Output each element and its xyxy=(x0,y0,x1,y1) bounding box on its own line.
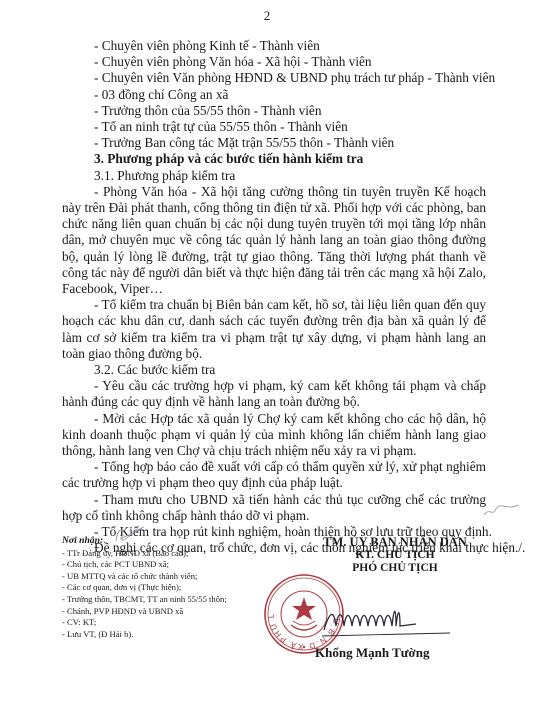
paragraph-text: - Tổng hợp báo cáo đề xuất với cấp có th… xyxy=(62,459,486,490)
handwritten-signature-icon xyxy=(320,600,460,640)
document-body: - Chuyên viên phòng Kinh tế - Thành viên… xyxy=(62,38,486,557)
member-item: - 03 đồng chí Công an xã xyxy=(62,87,486,103)
member-list: - Chuyên viên phòng Kinh tế - Thành viên… xyxy=(62,38,486,151)
member-item: - Trưởng thôn của 55/55 thôn - Thành viê… xyxy=(62,103,486,119)
member-item: - Chuyên viên Văn phòng HĐND & UBND phụ … xyxy=(62,70,486,86)
member-item: - Tổ an ninh trật tự của 55/55 thôn - Th… xyxy=(62,119,486,135)
paragraph: - Tham mưu cho UBND xã tiến hành các thủ… xyxy=(62,492,486,524)
initial-scribble-icon xyxy=(482,503,520,519)
signer-name: Khổng Mạnh Tường xyxy=(315,645,429,661)
paragraph-text: - Mời các Hợp tác xã quản lý Chợ ký cam … xyxy=(62,411,486,458)
member-item: - Chuyên viên phòng Văn hóa - Xã hội - T… xyxy=(62,54,486,70)
paragraph-text: - Tổ kiểm tra chuẩn bị Biên bản cam kết,… xyxy=(62,297,486,361)
signature-role: KT. CHỦ TỊCH xyxy=(280,549,510,562)
paragraph: - Mời các Hợp tác xã quản lý Chợ ký cam … xyxy=(62,411,486,460)
recipient-item: - Trưởng thôn, TBCMT, TT an ninh 55/55 t… xyxy=(62,594,227,606)
page-number: 2 xyxy=(0,8,534,24)
paragraph-text: - Phòng Văn hóa - Xã hội tăng cường thôn… xyxy=(62,184,486,296)
recipients-block: Nơi nhận: - TTr Đảng ủy, HĐND xã (Báo cá… xyxy=(62,535,227,640)
recipient-item: - Chủ tịch, các PCT UBND xã; xyxy=(62,559,227,571)
recipient-item: - Các cơ quan, đơn vị (Thực hiện); xyxy=(62,582,227,594)
paragraph: - Tổ kiểm tra chuẩn bị Biên bản cam kết,… xyxy=(62,297,486,362)
signature-block: TM. ỦY BAN NHÂN DÂN KT. CHỦ TỊCH PHÓ CHỦ… xyxy=(280,535,510,575)
recipient-item: - CV: KT; xyxy=(62,617,227,629)
initial-scribble-icon xyxy=(112,525,146,543)
member-item: - Trưởng Ban công tác Mặt trận 55/55 thô… xyxy=(62,135,486,151)
recipient-item: - TTr Đảng ủy, HĐND xã (Báo cáo); xyxy=(62,548,227,560)
paragraph: - Tổng hợp báo cáo đề xuất với cấp có th… xyxy=(62,459,486,491)
paragraph-text: - Tham mưu cho UBND xã tiến hành các thủ… xyxy=(62,492,486,523)
section-3-1-heading: 3.1. Phương pháp kiểm tra xyxy=(62,168,486,184)
recipient-item: - Chánh, PVP HĐND và UBND xã xyxy=(62,606,227,618)
signature-authority: TM. ỦY BAN NHÂN DÂN xyxy=(280,535,510,549)
recipient-item: - Lưu VT, (Đ Hải b). xyxy=(62,629,227,641)
section-3-heading: 3. Phương pháp và các bước tiến hành kiể… xyxy=(62,151,486,167)
section-3-2-heading: 3.2. Các bước kiểm tra xyxy=(62,362,486,378)
paragraph-text: - Yêu cầu các trường hợp vi phạm, ký cam… xyxy=(62,378,486,409)
member-item: - Chuyên viên phòng Kinh tế - Thành viên xyxy=(62,38,486,54)
paragraph: - Phòng Văn hóa - Xã hội tăng cường thôn… xyxy=(62,184,486,297)
paragraph: - Yêu cầu các trường hợp vi phạm, ký cam… xyxy=(62,378,486,410)
recipient-item: - UB MTTQ và các tổ chức thành viên; xyxy=(62,571,227,583)
